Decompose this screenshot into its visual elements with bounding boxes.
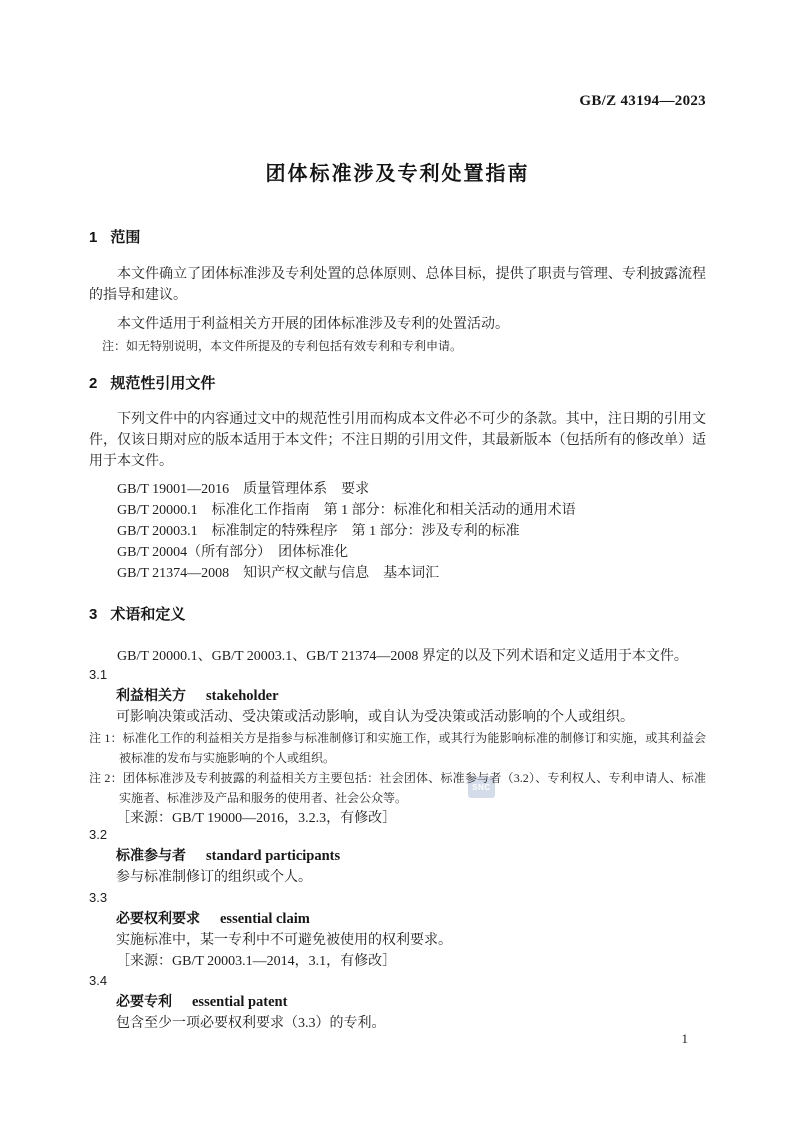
term-zh-label: 必要专利 [116, 993, 172, 1009]
term-definition: 可影响决策或活动、受决策或活动影响，或自认为受决策或活动影响的个人或组织。 [89, 707, 706, 728]
term-title: 利益相关方stakeholder [89, 685, 706, 707]
term-definition: 参与标准制修订的组织或个人。 [89, 867, 706, 888]
term-zh-label: 利益相关方 [116, 687, 186, 703]
reference-item: GB/T 20004（所有部分） 团体标准化 [89, 542, 706, 563]
term-3-3: 3.3 必要权利要求essential claim 实施标准中，某一专利中不可避… [89, 887, 706, 972]
term-en-label: standard participants [206, 848, 340, 864]
normative-references-list: GB/T 19001—2016 质量管理体系 要求 GB/T 20000.1 标… [89, 479, 706, 584]
term-title: 必要权利要求essential claim [89, 908, 706, 930]
standard-code: GB/Z 43194—2023 [89, 93, 706, 109]
term-title: 标准参与者standard participants [89, 845, 706, 867]
section-2-number: 2 [89, 375, 97, 392]
reference-item: GB/T 20003.1 标准制定的特殊程序 第 1 部分：涉及专利的标准 [89, 521, 706, 542]
section-3-number: 3 [89, 606, 97, 623]
term-note-1: 注 1：标准化工作的利益相关方是指参与标准制修订和实施工作，或其行为能影响标准的… [89, 728, 706, 768]
section-1-heading: 1范围 [89, 227, 706, 248]
term-en-label: stakeholder [206, 688, 279, 704]
section-2-paragraph-1: 下列文件中的内容通过文中的规范性引用而构成本文件必不可少的条款。其中，注日期的引… [89, 409, 706, 472]
term-title: 必要专利essential patent [89, 991, 706, 1013]
reference-item: GB/T 19001—2016 质量管理体系 要求 [89, 479, 706, 500]
section-3-heading: 3术语和定义 [89, 604, 706, 625]
term-note-2: 注 2：团体标准涉及专利披露的利益相关方主要包括：社会团体、标准参与者（3.2）… [89, 768, 706, 808]
term-zh-label: 标准参与者 [116, 847, 186, 863]
term-3-1: 3.1 利益相关方stakeholder 可影响决策或活动、受决策或活动影响，或… [89, 664, 706, 829]
term-3-2: 3.2 标准参与者standard participants 参与标准制修订的组… [89, 824, 706, 888]
term-en-label: essential claim [220, 911, 310, 927]
section-1-paragraph-1: 本文件确立了团体标准涉及专利处置的总体原则、总体目标，提供了职责与管理、专利披露… [89, 264, 706, 306]
term-number: 3.3 [89, 887, 706, 908]
page-number: 1 [89, 1030, 706, 1048]
section-1-paragraph-2: 本文件适用于利益相关方开展的团体标准涉及专利的处置活动。 [89, 314, 706, 335]
term-number: 3.1 [89, 664, 706, 685]
term-definition: 实施标准中，某一专利中不可避免被使用的权利要求。 [89, 930, 706, 951]
document-title: 团体标准涉及专利处置指南 [89, 158, 706, 190]
section-1-note: 注：如无特别说明，本文件所提及的专利包括有效专利和专利申请。 [89, 336, 719, 356]
document-page: SNC GB/Z 43194—2023 团体标准涉及专利处置指南 1范围 本文件… [0, 0, 794, 1123]
section-1-number: 1 [89, 229, 97, 246]
term-source: ［来源：GB/T 20003.1—2014，3.1，有修改］ [89, 951, 706, 972]
reference-item: GB/T 20000.1 标准化工作指南 第 1 部分：标准化和相关活动的通用术… [89, 500, 706, 521]
term-en-label: essential patent [192, 994, 287, 1010]
section-2-heading: 2规范性引用文件 [89, 373, 706, 394]
section-2-label: 规范性引用文件 [110, 375, 215, 392]
section-1-label: 范围 [110, 229, 140, 246]
section-3-label: 术语和定义 [110, 606, 185, 623]
term-number: 3.2 [89, 824, 706, 845]
term-3-4: 3.4 必要专利essential patent 包含至少一项必要权利要求（3.… [89, 970, 706, 1034]
reference-item: GB/T 21374—2008 知识产权文献与信息 基本词汇 [89, 563, 706, 584]
term-number: 3.4 [89, 970, 706, 991]
term-zh-label: 必要权利要求 [116, 910, 200, 926]
